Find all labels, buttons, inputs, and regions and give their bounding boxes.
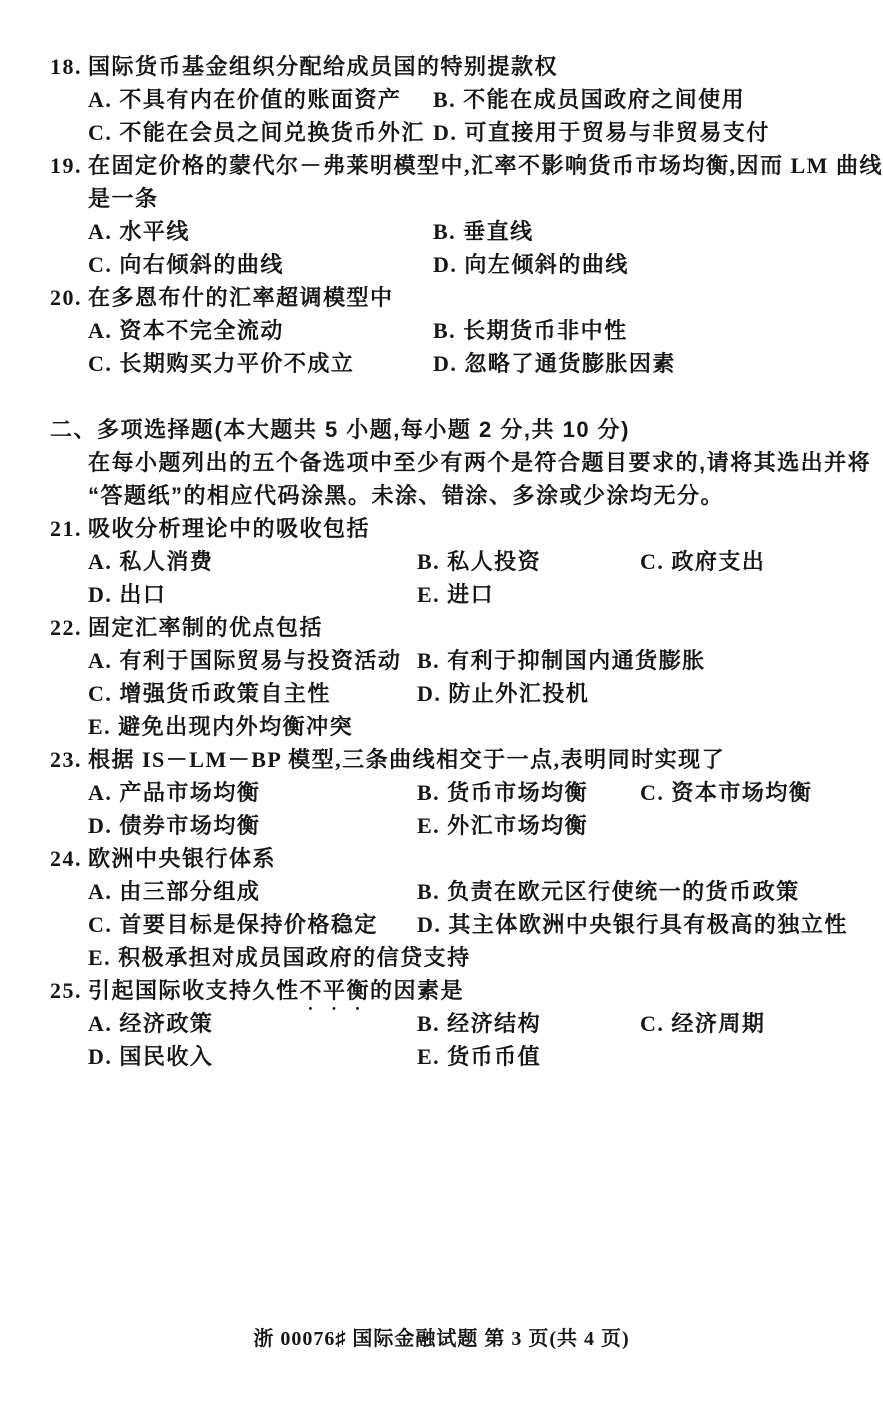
question-stem: 引起国际收支持久性不平衡的因素是	[88, 974, 464, 1007]
question-stem: 国际货币基金组织分配给成员国的特别提款权	[88, 50, 558, 83]
option: B. 垂直线	[433, 215, 534, 248]
option: D. 其主体欧洲中央银行具有极高的独立性	[417, 908, 848, 941]
option: D. 国民收入	[88, 1040, 417, 1073]
option: E. 进口	[417, 578, 494, 611]
question-25-options-row-1: A. 经济政策 B. 经济结构 C. 经济周期	[50, 1007, 853, 1040]
question-stem: 吸收分析理论中的吸收包括	[88, 512, 370, 545]
option: A. 产品市场均衡	[88, 776, 417, 809]
option: C. 长期购买力平价不成立	[88, 347, 433, 380]
question-number: 19.	[50, 149, 88, 182]
question-number: 24.	[50, 842, 88, 875]
option: B. 私人投资	[417, 545, 640, 578]
option: B. 负责在欧元区行使统一的货币政策	[417, 875, 800, 908]
option: A. 私人消费	[88, 545, 417, 578]
question-19-options-row-2: C. 向右倾斜的曲线 D. 向左倾斜的曲线	[50, 248, 853, 281]
question-18-options-row-2: C. 不能在会员之间兑换货币外汇 D. 可直接用于贸易与非贸易支付	[50, 116, 853, 149]
spacer	[50, 380, 853, 413]
page-footer: 浙 00076♯ 国际金融试题 第 3 页(共 4 页)	[0, 1324, 883, 1354]
question-stem: 欧洲中央银行体系	[88, 842, 276, 875]
option: A. 不具有内在价值的账面资产	[88, 83, 433, 116]
option: A. 有利于国际贸易与投资活动	[88, 644, 417, 677]
option: B. 有利于抑制国内通货膨胀	[417, 644, 706, 677]
option: E. 避免出现内外均衡冲突	[88, 710, 353, 743]
question-stem-emphasized: 不平衡	[300, 978, 371, 1003]
question-20-options-row-2: C. 长期购买力平价不成立 D. 忽略了通货膨胀因素	[50, 347, 853, 380]
question-number: 20.	[50, 281, 88, 314]
question-24: 24. 欧洲中央银行体系	[50, 842, 853, 875]
option: D. 债券市场均衡	[88, 809, 417, 842]
option: D. 向左倾斜的曲线	[433, 248, 629, 281]
exam-body: 18. 国际货币基金组织分配给成员国的特别提款权 A. 不具有内在价值的账面资产…	[50, 50, 853, 1073]
option: C. 向右倾斜的曲线	[88, 248, 433, 281]
question-22-options-row-3: E. 避免出现内外均衡冲突	[50, 710, 853, 743]
option: C. 经济周期	[640, 1007, 765, 1040]
option: A. 经济政策	[88, 1007, 417, 1040]
option: B. 货币市场均衡	[417, 776, 640, 809]
option: E. 积极承担对成员国政府的信贷支持	[88, 941, 471, 974]
question-stem-pre: 引起国际收支持久性	[88, 978, 300, 1003]
question-24-options-row-3: E. 积极承担对成员国政府的信贷支持	[50, 941, 853, 974]
section-2-instruction-2: “答题纸”的相应代码涂黑。未涂、错涂、多涂或少涂均无分。	[50, 479, 853, 512]
question-20: 20. 在多恩布什的汇率超调模型中	[50, 281, 853, 314]
question-21-options-row-1: A. 私人消费 B. 私人投资 C. 政府支出	[50, 545, 853, 578]
option: A. 由三部分组成	[88, 875, 417, 908]
question-23-options-row-1: A. 产品市场均衡 B. 货币市场均衡 C. 资本市场均衡	[50, 776, 853, 809]
option: B. 不能在成员国政府之间使用	[433, 83, 745, 116]
option: B. 长期货币非中性	[433, 314, 628, 347]
question-25-options-row-2: D. 国民收入 E. 货币币值	[50, 1040, 853, 1073]
option: B. 经济结构	[417, 1007, 640, 1040]
section-2-instruction-1: 在每小题列出的五个备选项中至少有两个是符合题目要求的,请将其选出并将	[50, 446, 853, 479]
question-number: 23.	[50, 743, 88, 776]
option: D. 出口	[88, 578, 417, 611]
question-number: 21.	[50, 512, 88, 545]
question-stem: 是一条	[88, 186, 159, 211]
option: E. 外汇市场均衡	[417, 809, 588, 842]
option: A. 资本不完全流动	[88, 314, 433, 347]
option: E. 货币币值	[417, 1040, 541, 1073]
question-22-options-row-2: C. 增强货币政策自主性 D. 防止外汇投机	[50, 677, 853, 710]
option: C. 增强货币政策自主性	[88, 677, 417, 710]
option: C. 政府支出	[640, 545, 765, 578]
question-stem: 固定汇率制的优点包括	[88, 611, 323, 644]
option: D. 可直接用于贸易与非贸易支付	[433, 116, 770, 149]
question-18: 18. 国际货币基金组织分配给成员国的特别提款权	[50, 50, 853, 83]
option: A. 水平线	[88, 215, 433, 248]
question-18-options-row-1: A. 不具有内在价值的账面资产 B. 不能在成员国政府之间使用	[50, 83, 853, 116]
question-22: 22. 固定汇率制的优点包括	[50, 611, 853, 644]
question-21: 21. 吸收分析理论中的吸收包括	[50, 512, 853, 545]
option: D. 忽略了通货膨胀因素	[433, 347, 676, 380]
section-2-heading: 二、多项选择题(本大题共 5 小题,每小题 2 分,共 10 分)	[50, 413, 853, 446]
question-23: 23. 根据 IS－LM－BP 模型,三条曲线相交于一点,表明同时实现了	[50, 743, 853, 776]
question-number: 22.	[50, 611, 88, 644]
question-23-options-row-2: D. 债券市场均衡 E. 外汇市场均衡	[50, 809, 853, 842]
option: D. 防止外汇投机	[417, 677, 589, 710]
question-number: 25.	[50, 974, 88, 1007]
exam-paper-page: 18. 国际货币基金组织分配给成员国的特别提款权 A. 不具有内在价值的账面资产…	[0, 0, 883, 1402]
question-25: 25. 引起国际收支持久性不平衡的因素是	[50, 974, 853, 1007]
option: C. 资本市场均衡	[640, 776, 812, 809]
option: C. 首要目标是保持价格稳定	[88, 908, 417, 941]
question-19-options-row-1: A. 水平线 B. 垂直线	[50, 215, 853, 248]
question-number: 18.	[50, 50, 88, 83]
question-19: 19. 在固定价格的蒙代尔－弗莱明模型中,汇率不影响货币市场均衡,因而 LM 曲…	[50, 149, 853, 182]
question-24-options-row-1: A. 由三部分组成 B. 负责在欧元区行使统一的货币政策	[50, 875, 853, 908]
question-22-options-row-1: A. 有利于国际贸易与投资活动 B. 有利于抑制国内通货膨胀	[50, 644, 853, 677]
question-24-options-row-2: C. 首要目标是保持价格稳定 D. 其主体欧洲中央银行具有极高的独立性	[50, 908, 853, 941]
question-stem-post: 的因素是	[370, 978, 464, 1003]
question-19-stem-continued: 是一条	[50, 182, 853, 215]
option: C. 不能在会员之间兑换货币外汇	[88, 116, 433, 149]
question-stem: 根据 IS－LM－BP 模型,三条曲线相交于一点,表明同时实现了	[88, 743, 725, 776]
question-20-options-row-1: A. 资本不完全流动 B. 长期货币非中性	[50, 314, 853, 347]
question-21-options-row-2: D. 出口 E. 进口	[50, 578, 853, 611]
question-stem: 在多恩布什的汇率超调模型中	[88, 281, 394, 314]
question-stem: 在固定价格的蒙代尔－弗莱明模型中,汇率不影响货币市场均衡,因而 LM 曲线	[88, 149, 883, 182]
